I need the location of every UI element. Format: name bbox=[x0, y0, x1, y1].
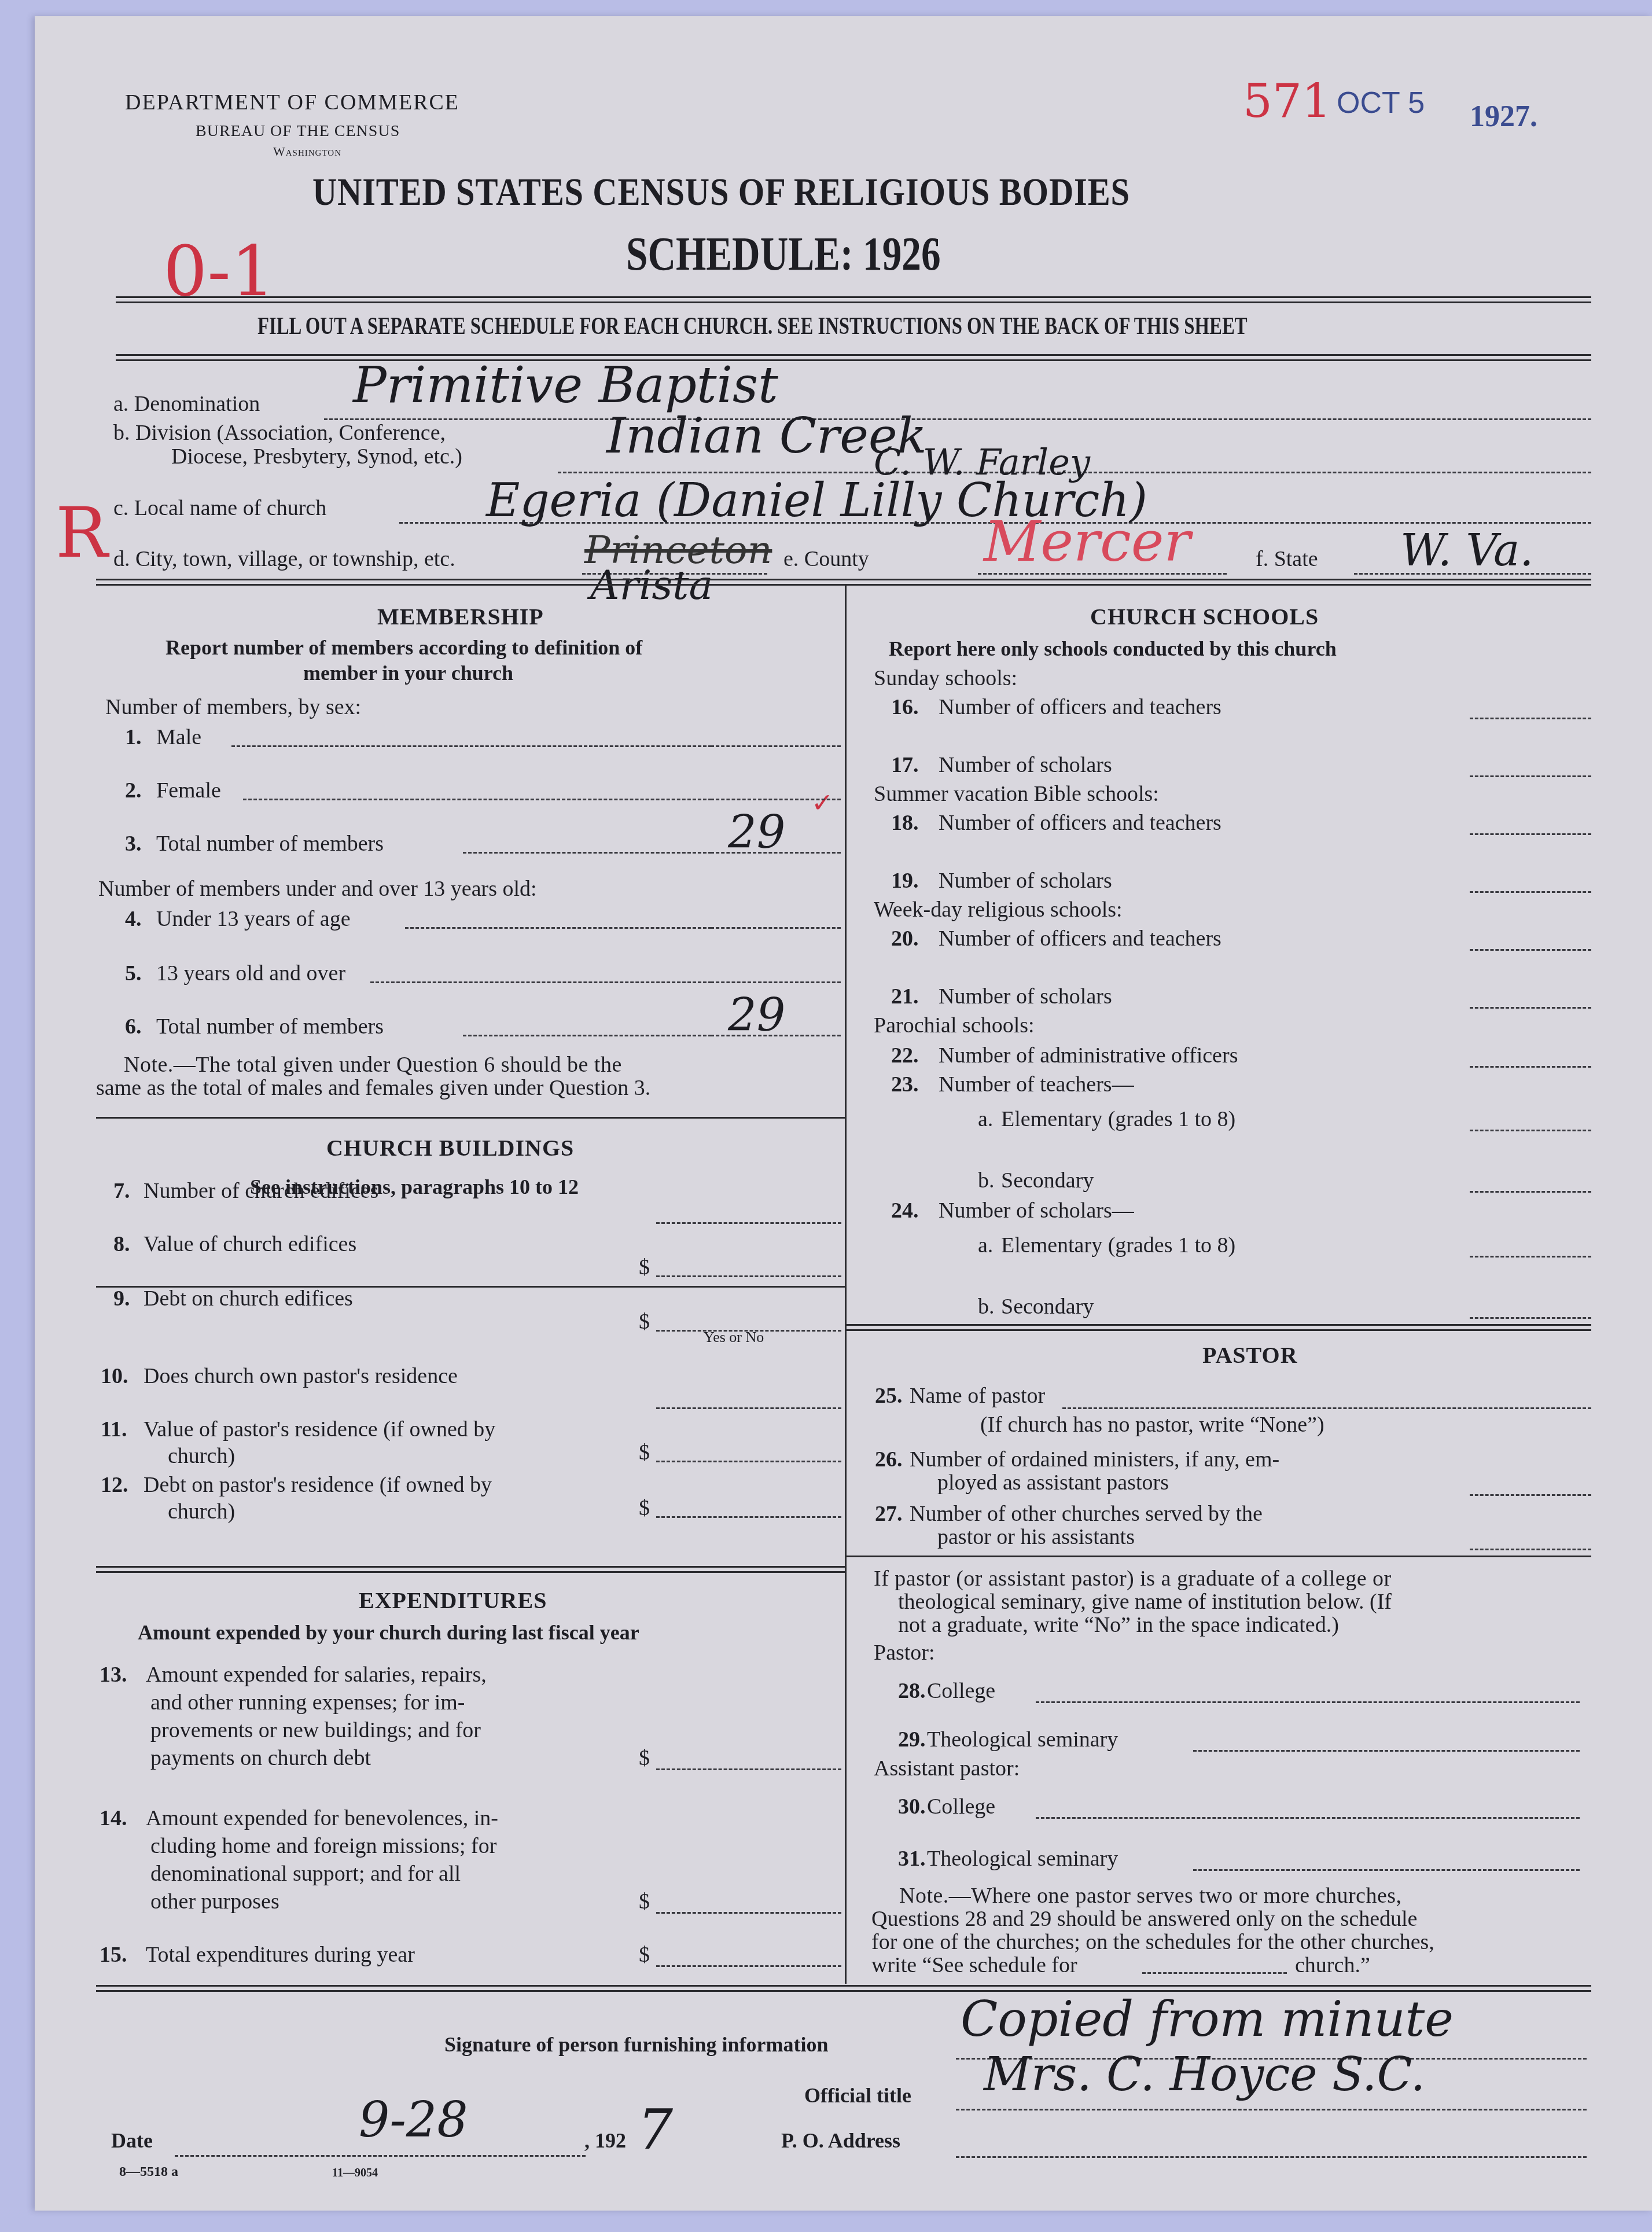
year-prefix: , 192 bbox=[584, 2128, 626, 2153]
other-churches-field[interactable] bbox=[1470, 1525, 1591, 1550]
building-item-label: Number of church edifices bbox=[144, 1178, 378, 1204]
schools-bottom-rule bbox=[845, 1324, 1591, 1331]
pastor-q28-label: College bbox=[927, 1678, 995, 1704]
membership-item-label: Total number of members bbox=[156, 831, 384, 856]
membership-subtitle-1: Report number of members according to de… bbox=[165, 635, 642, 660]
pastor-q25-label: Name of pastor bbox=[910, 1383, 1045, 1409]
expenditures-subtitle: Amount expended by your church during la… bbox=[138, 1620, 639, 1645]
school-item-number: a. bbox=[978, 1106, 993, 1132]
school-item-number: 19. bbox=[891, 868, 919, 893]
pastor-title: PASTOR bbox=[1202, 1341, 1298, 1369]
banner-bottom-rule bbox=[116, 354, 1591, 361]
seminary-answer-field[interactable] bbox=[1193, 1846, 1580, 1871]
school-group-heading: Sunday schools: bbox=[874, 665, 1017, 691]
year-value: 7 bbox=[638, 2097, 673, 2162]
currency-sign: $ bbox=[639, 1889, 650, 1914]
building-item-label: Debt on church edifices bbox=[144, 1286, 353, 1311]
school-item-label: Secondary bbox=[1001, 1168, 1094, 1193]
school-item-label: Number of officers and teachers bbox=[939, 694, 1221, 720]
graduate-intro-3: not a graduate, write “No” in the space … bbox=[898, 1612, 1339, 1638]
school-item-label: Secondary bbox=[1001, 1294, 1094, 1319]
pastor-q26-label: Number of ordained ministers, if any, em… bbox=[910, 1447, 1279, 1472]
membership-subtitle-2: member in your church bbox=[303, 661, 513, 685]
form-number: 8—5518 a bbox=[119, 2164, 178, 2180]
seminary-answer-field[interactable] bbox=[1193, 1727, 1580, 1752]
division-label-line1: b. Division (Association, Conference, bbox=[113, 420, 446, 446]
pastor-note-4a: write “See schedule for bbox=[871, 1952, 1077, 1978]
school-answer-field[interactable] bbox=[1470, 694, 1591, 719]
school-answer-field[interactable] bbox=[1470, 926, 1591, 951]
church-name-label: c. Local name of church bbox=[113, 495, 326, 521]
buildings-bottom-rule bbox=[96, 1566, 845, 1573]
instruction-banner: FILL OUT A SEPARATE SCHEDULE FOR EACH CH… bbox=[257, 312, 1248, 340]
currency-sign: $ bbox=[639, 1255, 650, 1280]
school-answer-field[interactable] bbox=[1470, 1168, 1591, 1193]
membership-answer-field[interactable] bbox=[711, 722, 841, 747]
leader-dots bbox=[463, 852, 712, 854]
pastor-name-field[interactable] bbox=[1062, 1384, 1591, 1409]
expenditure-item-number: 13. bbox=[100, 1662, 127, 1687]
pastor-q26-label-cont: ployed as assistant pastors bbox=[937, 1470, 1169, 1495]
department-name: DEPARTMENT OF COMMERCE bbox=[125, 90, 459, 115]
division-label-line2: Diocese, Presbytery, Synod, etc.) bbox=[171, 444, 462, 469]
file-number-mark: 571 bbox=[1243, 74, 1331, 128]
school-group-heading: Parochial schools: bbox=[874, 1013, 1035, 1038]
building-item-number: 7. bbox=[113, 1178, 130, 1204]
pastor-q29-label: Theological seminary bbox=[927, 1727, 1118, 1752]
signature-label: Signature of person furnishing informati… bbox=[444, 2032, 828, 2057]
pastor-q31-number: 31. bbox=[898, 1846, 926, 1871]
membership-item-label: Under 13 years of age bbox=[156, 906, 351, 932]
school-answer-field[interactable] bbox=[1470, 1233, 1591, 1257]
currency-sign: $ bbox=[639, 1745, 650, 1771]
expenditure-item-label: denominational support; and for all bbox=[150, 1861, 461, 1887]
denomination-value: Primitive Baptist bbox=[353, 356, 778, 414]
school-answer-field[interactable] bbox=[1470, 868, 1591, 893]
pastor-q27-label: Number of other churches served by the bbox=[910, 1501, 1263, 1527]
membership-answer-field[interactable] bbox=[711, 958, 841, 983]
denomination-label: a. Denomination bbox=[113, 391, 260, 417]
membership-bottom-rule bbox=[96, 1117, 845, 1119]
expenditure-answer-field[interactable] bbox=[656, 1889, 841, 1914]
margin-review-mark: R bbox=[56, 493, 108, 573]
school-item-label: Number of officers and teachers bbox=[939, 926, 1221, 951]
expenditure-item-label: provements or new buildings; and for bbox=[150, 1718, 481, 1743]
bureau-name: BUREAU OF THE CENSUS bbox=[196, 122, 400, 141]
school-answer-field[interactable] bbox=[1470, 984, 1591, 1009]
expenditure-answer-field[interactable] bbox=[656, 1745, 841, 1770]
membership-item-label: Total number of members bbox=[156, 1014, 384, 1039]
pastor-q29-number: 29. bbox=[898, 1727, 926, 1752]
school-answer-field[interactable] bbox=[1470, 1043, 1591, 1068]
state-value: W. Va. bbox=[1400, 524, 1534, 576]
school-group-heading: Summer vacation Bible schools: bbox=[874, 781, 1159, 807]
identification-bottom-rule bbox=[96, 579, 1591, 586]
print-number: 11—9054 bbox=[332, 2167, 378, 2180]
school-item-number: 20. bbox=[891, 926, 919, 951]
school-item-number: 21. bbox=[891, 984, 919, 1009]
building-item-label-cont: church) bbox=[168, 1443, 235, 1469]
graduate-intro-1: If pastor (or assistant pastor) is a gra… bbox=[874, 1566, 1392, 1591]
membership-answer-field[interactable] bbox=[711, 775, 841, 800]
membership-answer-field[interactable] bbox=[711, 904, 841, 929]
school-item-label: Number of scholars— bbox=[939, 1198, 1134, 1223]
school-item-number: 23. bbox=[891, 1072, 919, 1097]
date-label: Date bbox=[111, 2128, 153, 2153]
school-item-label: Number of teachers— bbox=[939, 1072, 1134, 1097]
leader-dots bbox=[463, 1035, 712, 1036]
by-age-heading: Number of members under and over 13 year… bbox=[98, 876, 537, 902]
building-item-label: Value of pastor's residence (if owned by bbox=[144, 1417, 495, 1442]
building-answer-field[interactable] bbox=[656, 1437, 841, 1462]
membership-item-number: 2. bbox=[125, 778, 142, 803]
by-sex-heading: Number of members, by sex: bbox=[105, 694, 361, 720]
received-date-stamp: OCT 5 bbox=[1337, 86, 1425, 120]
school-item-label: Number of scholars bbox=[939, 752, 1112, 778]
schedule-year-title: SCHEDULE: 1926 bbox=[626, 227, 941, 281]
building-item-label: Value of church edifices bbox=[144, 1231, 356, 1257]
pastor-q25-number: 25. bbox=[875, 1383, 903, 1409]
form-title: UNITED STATES CENSUS OF RELIGIOUS BODIES bbox=[312, 169, 1130, 215]
building-answer-field[interactable] bbox=[656, 1384, 841, 1409]
school-answer-field[interactable] bbox=[1470, 810, 1591, 835]
pastor-note-3: for one of the churches; on the schedule… bbox=[871, 1929, 1434, 1955]
currency-sign: $ bbox=[639, 1440, 650, 1465]
county-label: e. County bbox=[783, 546, 869, 572]
graduate-intro-2: theological seminary, give name of insti… bbox=[898, 1589, 1392, 1615]
school-item-label: Number of scholars bbox=[939, 984, 1112, 1009]
school-answer-field[interactable] bbox=[1470, 1294, 1591, 1319]
pastor-q25-hint: (If church has no pastor, write “None”) bbox=[980, 1412, 1324, 1437]
leader-dots bbox=[370, 981, 712, 983]
membership-item-number: 6. bbox=[125, 1014, 142, 1039]
membership-item-label: Female bbox=[156, 778, 221, 803]
expenditure-item-label: cluding home and foreign missions; for bbox=[150, 1833, 496, 1859]
building-answer-field[interactable] bbox=[656, 1252, 841, 1277]
building-item-label: Debt on pastor's residence (if owned by bbox=[144, 1472, 492, 1498]
school-item-number: 16. bbox=[891, 694, 919, 720]
school-item-label: Number of administrative officers bbox=[939, 1043, 1238, 1068]
currency-sign: $ bbox=[639, 1942, 650, 1968]
building-item-number: 10. bbox=[101, 1363, 128, 1389]
church-buildings-title: CHURCH BUILDINGS bbox=[326, 1134, 574, 1161]
school-item-number: b. bbox=[978, 1294, 995, 1319]
school-group-heading: Week-day religious schools: bbox=[874, 897, 1123, 922]
po-address-field[interactable] bbox=[956, 2133, 1587, 2158]
expenditure-item-label: Amount expended for salaries, repairs, bbox=[146, 1662, 487, 1687]
school-item-number: a. bbox=[978, 1233, 993, 1258]
membership-item-number: 3. bbox=[125, 831, 142, 856]
school-item-number: 18. bbox=[891, 810, 919, 836]
school-item-label: Elementary (grades 1 to 8) bbox=[1001, 1233, 1235, 1258]
expenditure-item-label: other purposes bbox=[150, 1889, 279, 1914]
state-label: f. State bbox=[1256, 546, 1318, 572]
college-answer-field[interactable] bbox=[1036, 1794, 1580, 1819]
county-value: Mercer bbox=[984, 509, 1190, 574]
school-item-label: Number of officers and teachers bbox=[939, 810, 1221, 836]
school-answer-field[interactable] bbox=[1470, 1106, 1591, 1131]
official-title-label: Official title bbox=[804, 2083, 911, 2108]
building-item-number: 12. bbox=[101, 1472, 128, 1498]
city-label: d. City, town, village, or township, etc… bbox=[113, 546, 455, 572]
pastor-q31-label: Theological seminary bbox=[927, 1846, 1118, 1871]
membership-note-2: same as the total of males and females g… bbox=[96, 1075, 650, 1101]
school-item-number: b. bbox=[978, 1168, 995, 1193]
membership-title: MEMBERSHIP bbox=[377, 603, 544, 630]
expenditure-item-number: 15. bbox=[100, 1942, 127, 1968]
pastor-q30-number: 30. bbox=[898, 1794, 926, 1819]
received-year-stamp: 1927. bbox=[1470, 100, 1537, 134]
pastor-subheading: Pastor: bbox=[874, 1640, 935, 1665]
po-address-label: P. O. Address bbox=[781, 2128, 900, 2153]
pastor-q28-number: 28. bbox=[898, 1678, 926, 1704]
currency-sign: $ bbox=[639, 1309, 650, 1334]
pastor-q27-number: 27. bbox=[875, 1501, 903, 1527]
school-item-number: 22. bbox=[891, 1043, 919, 1068]
official-title-value: Mrs. C. Hoyce S.C. bbox=[984, 2047, 1425, 2101]
pastor-note-2: Questions 28 and 29 should be answered o… bbox=[871, 1906, 1418, 1932]
building-item-number: 11. bbox=[101, 1417, 127, 1442]
building-answer-field[interactable] bbox=[656, 1493, 841, 1518]
expenditures-title: EXPENDITURES bbox=[359, 1587, 547, 1614]
column-divider bbox=[845, 584, 847, 1984]
membership-answer-value: 29 bbox=[728, 990, 785, 1042]
expenditure-item-label: and other running expenses; for im- bbox=[150, 1690, 465, 1715]
membership-item-number: 4. bbox=[125, 906, 142, 932]
membership-note-1: Note.—The total given under Question 6 s… bbox=[124, 1052, 622, 1078]
pastor-q26-number: 26. bbox=[875, 1447, 903, 1472]
membership-item-label: 13 years old and over bbox=[156, 961, 345, 986]
school-item-label: Elementary (grades 1 to 8) bbox=[1001, 1106, 1235, 1132]
pastor-mid-rule bbox=[845, 1556, 1591, 1557]
membership-item-number: 5. bbox=[125, 961, 142, 986]
assistant-pastors-field[interactable] bbox=[1470, 1471, 1591, 1496]
school-item-number: 24. bbox=[891, 1198, 919, 1223]
building-answer-field[interactable] bbox=[656, 1199, 841, 1224]
building-answer-field[interactable] bbox=[656, 1307, 841, 1332]
leader-dots bbox=[243, 799, 712, 800]
leader-dots bbox=[231, 745, 712, 747]
church-schools-subtitle: Report here only schools conducted by th… bbox=[889, 637, 1337, 661]
school-item-label: Number of scholars bbox=[939, 868, 1112, 893]
school-answer-field[interactable] bbox=[1470, 752, 1591, 777]
membership-item-number: 1. bbox=[125, 725, 142, 750]
expenditure-item-label: Total expenditures during year bbox=[146, 1942, 415, 1968]
expenditure-item-label: payments on church debt bbox=[150, 1745, 371, 1771]
building-item-number: 9. bbox=[113, 1286, 130, 1311]
membership-answer-value: 29 bbox=[728, 807, 785, 859]
banner-top-rule bbox=[116, 296, 1591, 303]
bureau-city: Washington bbox=[273, 144, 341, 159]
leader-dots bbox=[405, 927, 712, 929]
assistant-pastor-subheading: Assistant pastor: bbox=[874, 1756, 1020, 1781]
building-item-label-cont: church) bbox=[168, 1499, 235, 1524]
college-answer-field[interactable] bbox=[1036, 1678, 1580, 1703]
pastor-q30-label: College bbox=[927, 1794, 995, 1819]
building-item-number: 8. bbox=[113, 1231, 130, 1257]
building-item-label: Does church own pastor's residence bbox=[144, 1363, 458, 1389]
currency-sign: $ bbox=[639, 1495, 650, 1521]
expenditure-item-label: Amount expended for benevolences, in- bbox=[146, 1806, 498, 1831]
pastor-note-1: Note.—Where one pastor serves two or mor… bbox=[899, 1883, 1402, 1909]
membership-item-label: Male bbox=[156, 725, 201, 750]
expenditure-answer-field[interactable] bbox=[656, 1942, 841, 1967]
school-item-number: 17. bbox=[891, 752, 919, 778]
church-schools-title: CHURCH SCHOOLS bbox=[1090, 603, 1319, 630]
expenditure-item-number: 14. bbox=[100, 1806, 127, 1831]
pastor-note-4b: church.” bbox=[1295, 1952, 1370, 1978]
see-schedule-for-field[interactable] bbox=[1142, 1955, 1287, 1974]
date-value: 9-28 bbox=[359, 2091, 468, 2148]
signature-value: Copied from minute bbox=[961, 1991, 1454, 2047]
pastor-q27-label-cont: pastor or his assistants bbox=[937, 1524, 1135, 1550]
